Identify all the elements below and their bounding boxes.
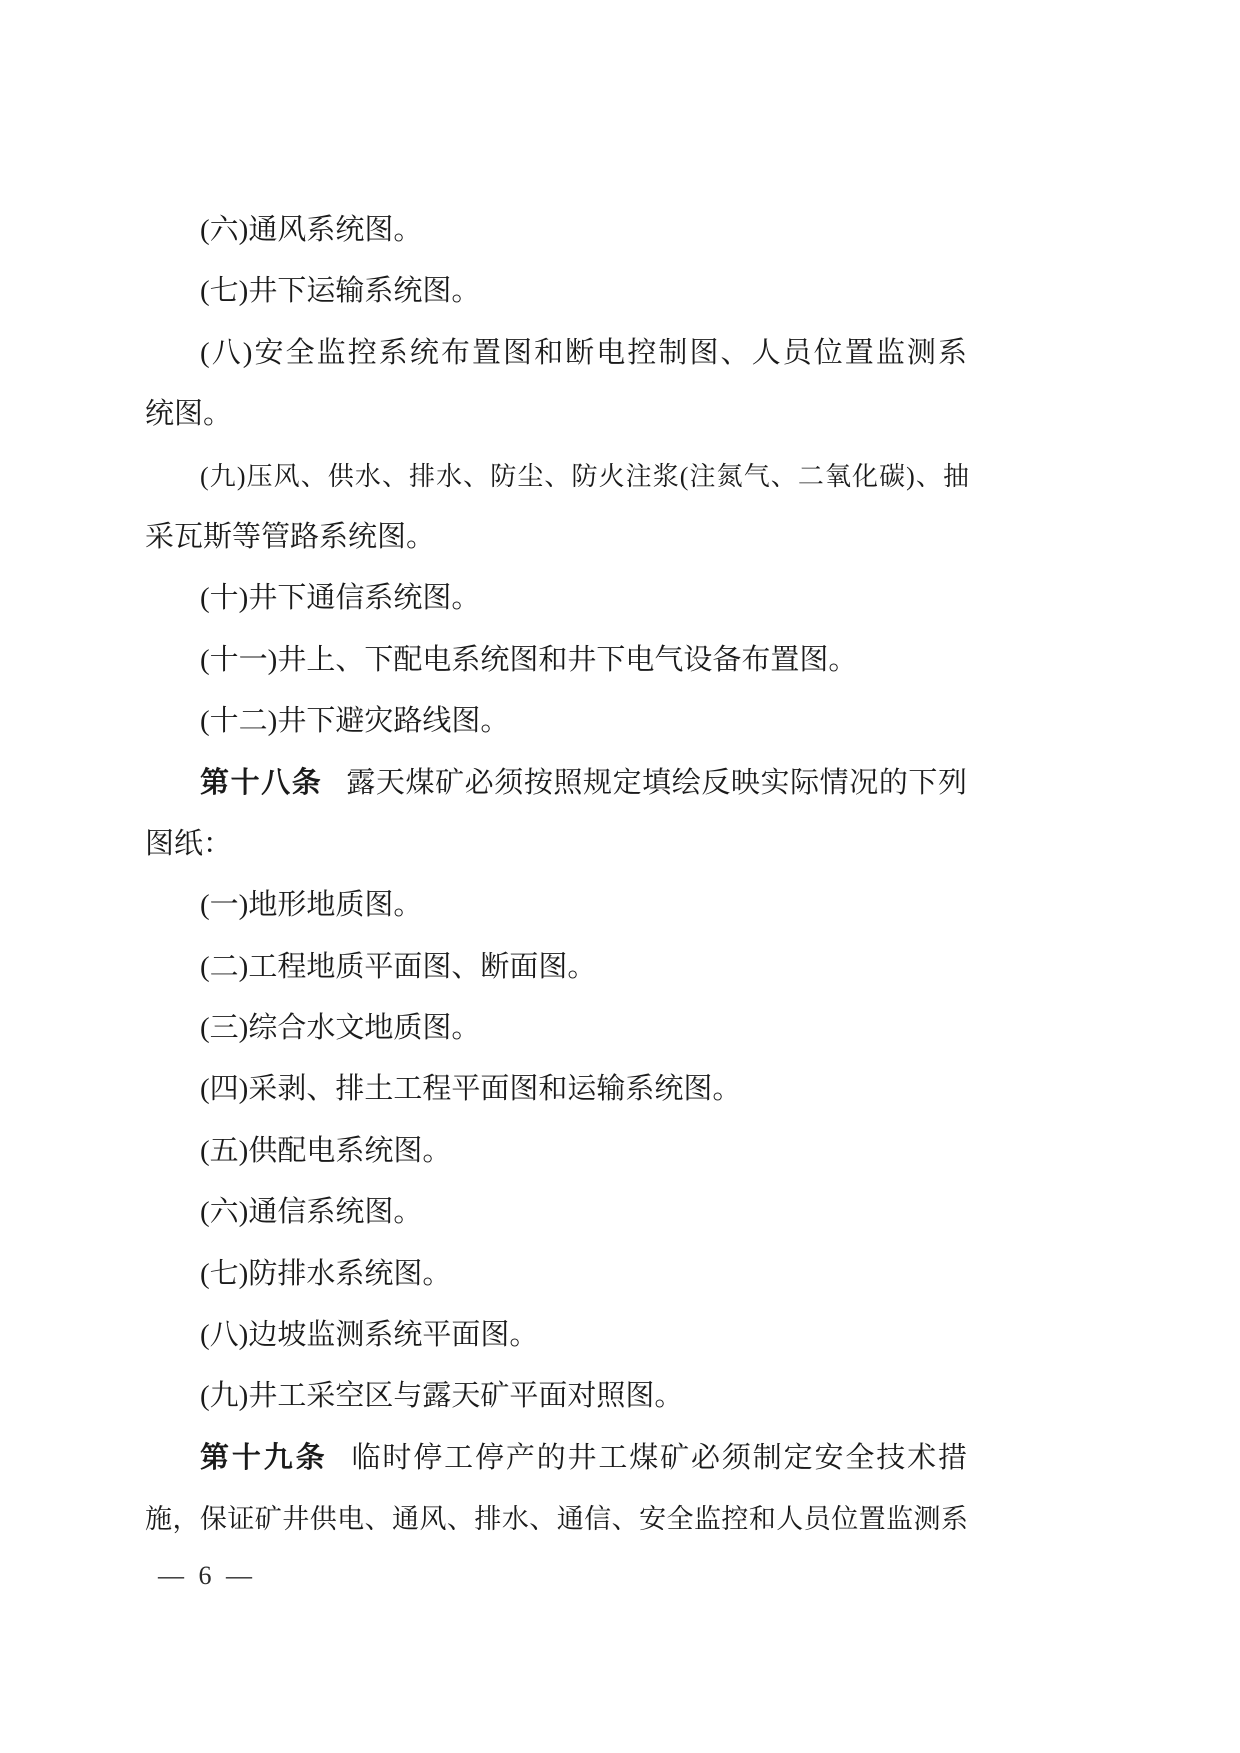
article-19-continuation: 施，保证矿井供电、通风、排水、通信、安全监控和人员位置监测系 (145, 1489, 967, 1550)
article-18-continuation: 图纸： (145, 814, 967, 875)
list-item-10-communication: (十)井下通信系统图。 (145, 568, 967, 629)
page-number: — 6 — (158, 1556, 256, 1596)
list-item-9-pipelines-line2: 采瓦斯等管路系统图。 (145, 507, 967, 568)
list-item-11-power: (十一)井上、下配电系统图和井下电气设备布置图。 (145, 630, 967, 691)
list2-item-2-engineering: (二)工程地质平面图、断面图。 (145, 937, 967, 998)
article-19-text: 临时停工停产的井工煤矿必须制定安全技术措 (351, 1442, 967, 1474)
list-item-9-pipelines-line1: (九)压风、供水、排水、防尘、防火注浆(注氮气、二氧化碳)、抽 (145, 446, 967, 507)
document-page: (六)通风系统图。 (七)井下运输系统图。 (八)安全监控系统布置图和断电控制图… (0, 0, 1240, 1753)
list2-item-5-power-supply: (五)供配电系统图。 (145, 1121, 967, 1182)
list-item-8-monitoring-line2: 统图。 (145, 384, 967, 445)
list2-item-3-hydrogeology: (三)综合水文地质图。 (145, 998, 967, 1059)
article-18-text: 露天煤矿必须按照规定填绘反映实际情况的下列 (346, 767, 967, 799)
list-item-12-escape-routes: (十二)井下避灾路线图。 (145, 691, 967, 752)
article-18-number: 第十八条 (200, 767, 322, 799)
list2-item-8-slope-monitoring: (八)边坡监测系统平面图。 (145, 1305, 967, 1366)
document-body: (六)通风系统图。 (七)井下运输系统图。 (八)安全监控系统布置图和断电控制图… (145, 200, 967, 1551)
article-18-heading-line: 第十八条露天煤矿必须按照规定填绘反映实际情况的下列 (145, 753, 967, 814)
article-19-number: 第十九条 (200, 1442, 327, 1474)
list2-item-9-goaf-comparison: (九)井工采空区与露天矿平面对照图。 (145, 1366, 967, 1427)
list2-item-1-topographic: (一)地形地质图。 (145, 875, 967, 936)
list2-item-4-stripping: (四)采剥、排土工程平面图和运输系统图。 (145, 1059, 967, 1120)
list-item-7-transport: (七)井下运输系统图。 (145, 261, 967, 322)
list2-item-6-communication: (六)通信系统图。 (145, 1182, 967, 1243)
article-19-heading-line: 第十九条临时停工停产的井工煤矿必须制定安全技术措 (145, 1428, 967, 1489)
list2-item-7-drainage: (七)防排水系统图。 (145, 1244, 967, 1305)
list-item-6-ventilation: (六)通风系统图。 (145, 200, 967, 261)
list-item-8-monitoring-line1: (八)安全监控系统布置图和断电控制图、人员位置监测系 (145, 323, 967, 384)
